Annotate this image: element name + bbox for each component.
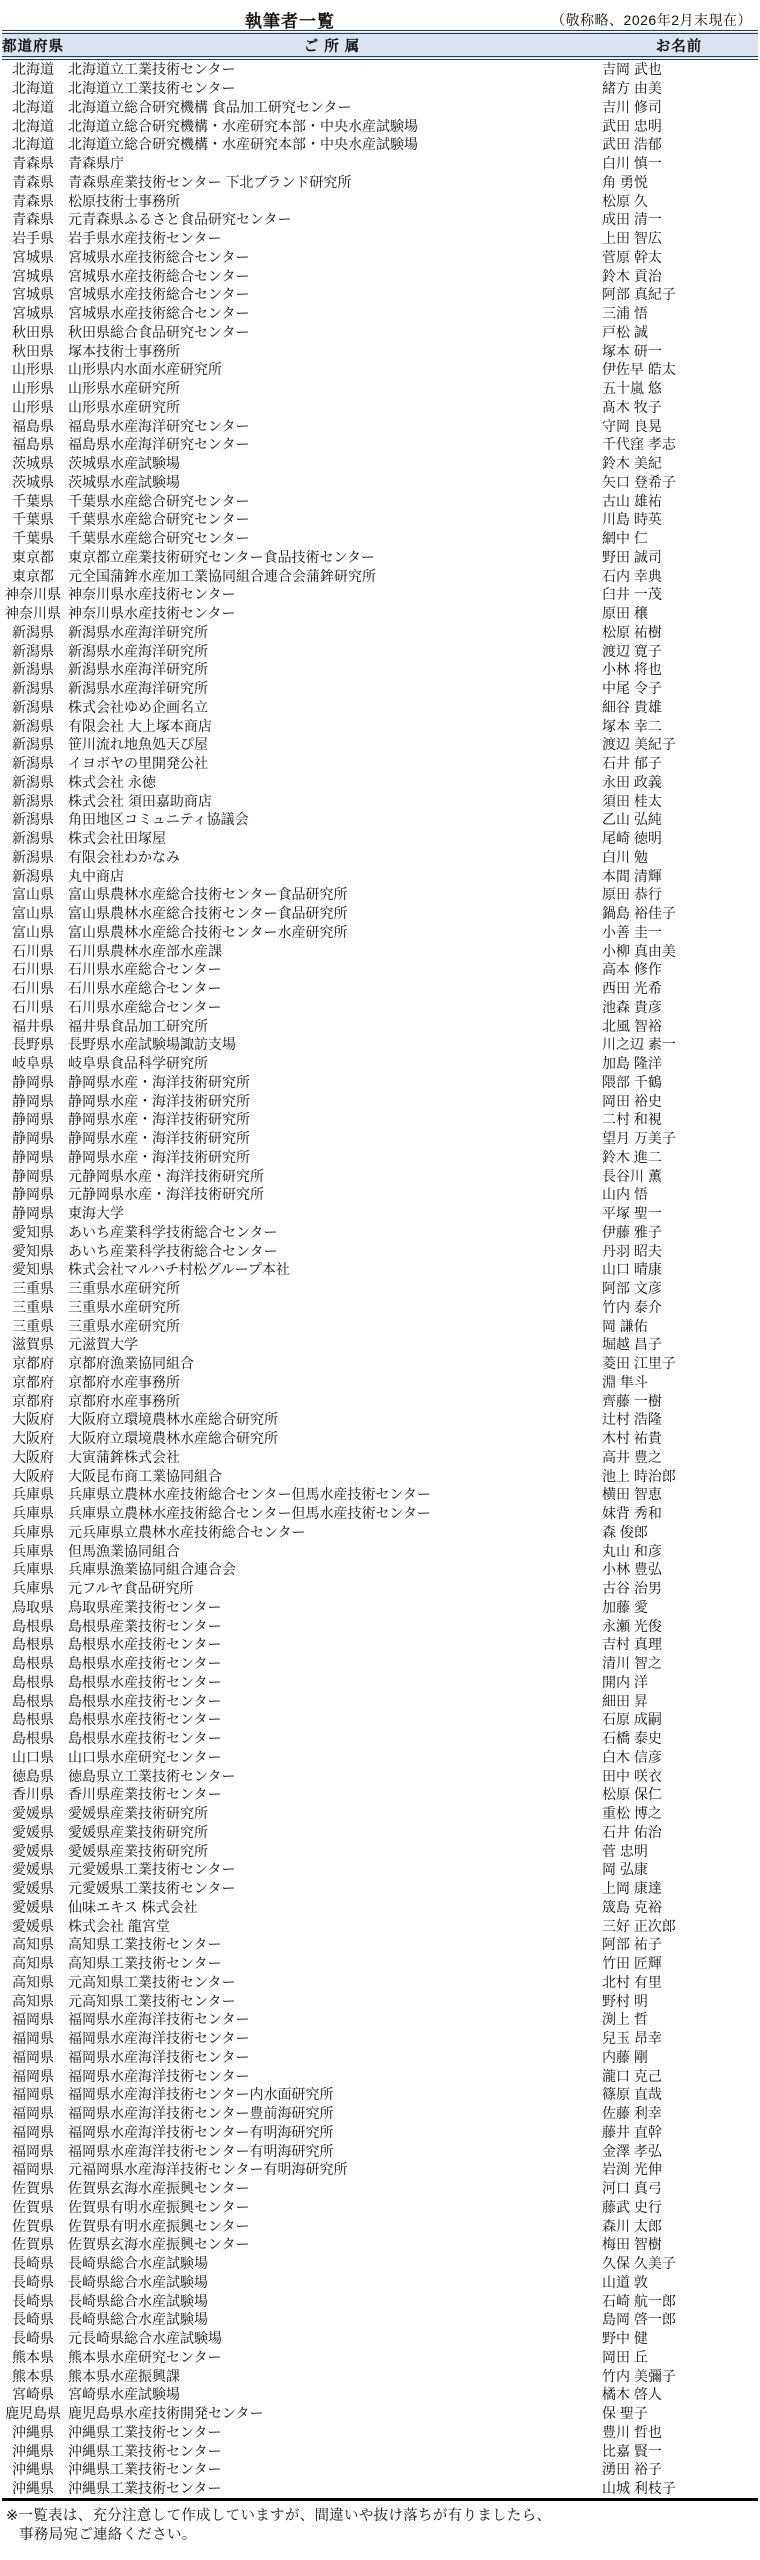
- row-prefecture: 静岡県: [2, 1166, 64, 1185]
- row-affiliation: 長野県水産試験場諏訪支場: [64, 1035, 600, 1054]
- row-affiliation: 高知県工業技術センター: [64, 1935, 600, 1954]
- row-prefecture: 愛知県: [2, 1260, 64, 1279]
- row-prefecture: 宮城県: [2, 248, 64, 267]
- row-affiliation: 元愛媛県工業技術センター: [64, 1860, 600, 1879]
- row-affiliation: 沖縄県工業技術センター: [64, 2479, 600, 2499]
- row-affiliation: 元静岡県水産・海洋技術研究所: [64, 1166, 600, 1185]
- row-affiliation: 佐賀県有明水産振興センター: [64, 2216, 600, 2235]
- table-row: 静岡県静岡県水産・海洋技術研究所二村 和視: [2, 1110, 758, 1129]
- table-row: 山形県山形県水産研究所五十嵐 悠: [2, 379, 758, 398]
- row-affiliation: 鳥取県産業技術センター: [64, 1598, 600, 1617]
- row-affiliation: 福岡県水産海洋技術センター: [64, 2010, 600, 2029]
- row-affiliation: 静岡県水産・海洋技術研究所: [64, 1091, 600, 1110]
- table-row: 山口県山口県水産研究センター白木 信彦: [2, 1748, 758, 1767]
- row-prefecture: 福島県: [2, 435, 64, 454]
- table-row: 北海道北海道立工業技術センター吉岡 武也: [2, 58, 758, 79]
- row-prefecture: 静岡県: [2, 1110, 64, 1129]
- row-prefecture: 島根県: [2, 1673, 64, 1692]
- table-row: 長野県長野県水産試験場諏訪支場川之辺 素一: [2, 1035, 758, 1054]
- row-prefecture: 島根県: [2, 1729, 64, 1748]
- row-prefecture: 石川県: [2, 960, 64, 979]
- row-affiliation: 大阪府立環境農林水産総合研究所: [64, 1429, 600, 1448]
- row-prefecture: 三重県: [2, 1279, 64, 1298]
- row-prefecture: 新潟県: [2, 698, 64, 717]
- table-row: 山形県山形県内水面水産研究所伊佐早 皓太: [2, 360, 758, 379]
- row-affiliation: 福岡県水産海洋技術センター: [64, 2029, 600, 2048]
- row-name: 堀越 昌子: [600, 1335, 758, 1354]
- row-name: 吉岡 武也: [600, 58, 758, 79]
- table-row: 兵庫県兵庫県立農林水産技術総合センター但馬水産技術センター妹背 秀和: [2, 1504, 758, 1523]
- row-prefecture: 熊本県: [2, 2348, 64, 2367]
- table-row: 三重県三重県水産研究所竹内 泰介: [2, 1298, 758, 1317]
- row-affiliation: 富山県農林水産総合技術センター食品研究所: [64, 885, 600, 904]
- table-row: 高知県元高知県工業技術センター野村 明: [2, 1991, 758, 2010]
- row-name: 本間 清輝: [600, 866, 758, 885]
- row-prefecture: 長崎県: [2, 2310, 64, 2329]
- table-row: 京都府京都府水産事務所淵 隼斗: [2, 1373, 758, 1392]
- row-name: 鈴木 進二: [600, 1148, 758, 1167]
- row-prefecture: 兵庫県: [2, 1579, 64, 1598]
- row-name: 石崎 航一郎: [600, 2291, 758, 2310]
- table-row: 愛媛県愛媛県産業技術研究所重松 博之: [2, 1804, 758, 1823]
- row-prefecture: 宮崎県: [2, 2385, 64, 2404]
- table-row: 千葉県千葉県水産総合研究センター川島 時英: [2, 510, 758, 529]
- table-row: 高知県高知県工業技術センター竹田 匠輝: [2, 1954, 758, 1973]
- row-affiliation: 兵庫県立農林水産技術総合センター但馬水産技術センター: [64, 1504, 600, 1523]
- row-prefecture: 三重県: [2, 1298, 64, 1317]
- footnote-line-1: ※一覧表は、充分注意して作成していますが、間違いや抜け落ちが有りましたら、: [6, 2507, 760, 2527]
- row-prefecture: 静岡県: [2, 1185, 64, 1204]
- row-affiliation: 宮城県水産技術総合センター: [64, 248, 600, 267]
- row-affiliation: 但馬漁業協同組合: [64, 1541, 600, 1560]
- row-affiliation: 佐賀県玄海水産振興センター: [64, 2235, 600, 2254]
- row-name: 鈴木 貢治: [600, 266, 758, 285]
- row-name: 武田 忠明: [600, 116, 758, 135]
- table-row: 長崎県長崎県総合水産試験場山道 敦: [2, 2273, 758, 2292]
- row-prefecture: 山口県: [2, 1748, 64, 1767]
- row-prefecture: 新潟県: [2, 791, 64, 810]
- row-name: 網中 仁: [600, 529, 758, 548]
- row-prefecture: 島根県: [2, 1635, 64, 1654]
- table-row: 福岡県福岡県水産海洋技術センター瀧口 克己: [2, 2066, 758, 2085]
- row-affiliation: 宮崎県水産試験場: [64, 2385, 600, 2404]
- row-name: 菱田 江里子: [600, 1354, 758, 1373]
- row-prefecture: 長崎県: [2, 2254, 64, 2273]
- row-affiliation: 島根県水産技術センター: [64, 1673, 600, 1692]
- row-affiliation: 三重県水産研究所: [64, 1316, 600, 1335]
- row-affiliation: 長崎県総合水産試験場: [64, 2310, 600, 2329]
- row-prefecture: 青森県: [2, 210, 64, 229]
- row-name: 湧田 裕子: [600, 2460, 758, 2479]
- table-row: 福岡県福岡県水産海洋技術センター内水面研究所篠原 直哉: [2, 2085, 758, 2104]
- row-name: 戸松 誠: [600, 323, 758, 342]
- table-row: 新潟県株式会社ゆめ企画名立細谷 貴雄: [2, 698, 758, 717]
- row-name: 五十嵐 悠: [600, 379, 758, 398]
- table-row: 石川県石川県水産総合センター西田 光希: [2, 979, 758, 998]
- table-row: 新潟県有限会社 大上塚本商店塚本 幸二: [2, 716, 758, 735]
- row-prefecture: 兵庫県: [2, 1523, 64, 1542]
- row-name: 菅 忠明: [600, 1841, 758, 1860]
- row-affiliation: 島根県水産技術センター: [64, 1654, 600, 1673]
- row-affiliation: 静岡県水産・海洋技術研究所: [64, 1073, 600, 1092]
- row-prefecture: 大阪府: [2, 1410, 64, 1429]
- table-row: 熊本県熊本県水産振興課竹内 美彌子: [2, 2366, 758, 2385]
- row-name: 白川 慎一: [600, 154, 758, 173]
- row-prefecture: 石川県: [2, 941, 64, 960]
- table-row: 福岡県福岡県水産海洋技術センター有明海研究所藤井 直幹: [2, 2123, 758, 2142]
- row-name: 小林 将也: [600, 660, 758, 679]
- row-prefecture: 島根県: [2, 1654, 64, 1673]
- row-affiliation: 新潟県水産海洋研究所: [64, 679, 600, 698]
- table-row: 福岡県福岡県水産海洋技術センター内藤 剛: [2, 2048, 758, 2067]
- table-header: 都道府県 ご 所 属 お名前: [2, 32, 758, 58]
- row-prefecture: 香川県: [2, 1785, 64, 1804]
- row-prefecture: 青森県: [2, 173, 64, 192]
- row-name: 竹田 匠輝: [600, 1954, 758, 1973]
- table-row: 新潟県新潟県水産海洋研究所小林 将也: [2, 660, 758, 679]
- row-name: 妹背 秀和: [600, 1504, 758, 1523]
- row-affiliation: 元兵庫県立農林水産技術総合センター: [64, 1523, 600, 1542]
- row-affiliation: 長崎県総合水産試験場: [64, 2291, 600, 2310]
- row-prefecture: 富山県: [2, 904, 64, 923]
- row-prefecture: 千葉県: [2, 529, 64, 548]
- row-prefecture: 沖縄県: [2, 2441, 64, 2460]
- row-affiliation: 有限会社わかなみ: [64, 848, 600, 867]
- table-row: 静岡県静岡県水産・海洋技術研究所望月 万美子: [2, 1129, 758, 1148]
- row-prefecture: 長崎県: [2, 2291, 64, 2310]
- table-row: 島根県島根県産業技術センター永瀬 光俊: [2, 1616, 758, 1635]
- row-affiliation: 千葉県水産総合研究センター: [64, 491, 600, 510]
- table-row: 茨城県茨城県水産試験場矢口 登希子: [2, 473, 758, 492]
- row-affiliation: 東海大学: [64, 1204, 600, 1223]
- row-name: 千代窪 孝志: [600, 435, 758, 454]
- table-row: 兵庫県元兵庫県立農林水産技術総合センター森 俊郎: [2, 1523, 758, 1542]
- row-prefecture: 静岡県: [2, 1148, 64, 1167]
- table-row: 青森県青森県産業技術センター 下北ブランド研究所角 勇悦: [2, 173, 758, 192]
- row-prefecture: 石川県: [2, 979, 64, 998]
- row-affiliation: 青森県産業技術センター 下北ブランド研究所: [64, 173, 600, 192]
- row-affiliation: 笹川流れ地魚処天ぴ屋: [64, 735, 600, 754]
- row-name: 成田 清一: [600, 210, 758, 229]
- row-name: 角 勇悦: [600, 173, 758, 192]
- table-row: 北海道北海道立総合研究機構・水産研究本部・中央水産試験場武田 浩郁: [2, 135, 758, 154]
- row-affiliation: 京都府漁業協同組合: [64, 1354, 600, 1373]
- table-row: 石川県石川県農林水産部水産課小柳 真由美: [2, 941, 758, 960]
- row-prefecture: 富山県: [2, 923, 64, 942]
- row-prefecture: 滋賀県: [2, 1335, 64, 1354]
- row-prefecture: 北海道: [2, 135, 64, 154]
- table-row: 青森県青森県庁白川 慎一: [2, 154, 758, 173]
- row-prefecture: 兵庫県: [2, 1560, 64, 1579]
- table-row: 山形県山形県水産研究所髙木 牧子: [2, 398, 758, 417]
- row-name: 西田 光希: [600, 979, 758, 998]
- row-prefecture: 愛媛県: [2, 1841, 64, 1860]
- row-affiliation: 茨城県水産試験場: [64, 454, 600, 473]
- row-prefecture: 青森県: [2, 191, 64, 210]
- row-name: 松原 祐樹: [600, 623, 758, 642]
- row-name: 伊佐早 皓太: [600, 360, 758, 379]
- row-prefecture: 佐賀県: [2, 2235, 64, 2254]
- row-prefecture: 新潟県: [2, 754, 64, 773]
- row-name: 川島 時英: [600, 510, 758, 529]
- row-affiliation: 山形県水産研究所: [64, 379, 600, 398]
- row-affiliation: 北海道立工業技術センター: [64, 58, 600, 79]
- table-row: 愛媛県元愛媛県工業技術センター上岡 康達: [2, 1879, 758, 1898]
- row-prefecture: 高知県: [2, 1973, 64, 1992]
- table-row: 神奈川県神奈川県水産技術センター臼井 一茂: [2, 585, 758, 604]
- row-name: 中尾 令子: [600, 679, 758, 698]
- table-row: 福岡県福岡県水産海洋技術センター有明海研究所金澤 孝弘: [2, 2141, 758, 2160]
- row-name: 岡田 裕史: [600, 1091, 758, 1110]
- table-row: 北海道北海道立総合研究機構 食品加工研究センター吉川 修司: [2, 98, 758, 117]
- row-name: 野村 明: [600, 1991, 758, 2010]
- row-prefecture: 高知県: [2, 1954, 64, 1973]
- row-name: 梅田 智樹: [600, 2235, 758, 2254]
- table-row: 大阪府大寅蒲鉾株式会社高井 豊之: [2, 1448, 758, 1467]
- row-name: 開内 洋: [600, 1673, 758, 1692]
- row-name: 山内 悟: [600, 1185, 758, 1204]
- row-prefecture: 北海道: [2, 79, 64, 98]
- table-row: 徳島県徳島県立工業技術センター田中 咲衣: [2, 1766, 758, 1785]
- row-name: 重松 博之: [600, 1804, 758, 1823]
- row-affiliation: 富山県農林水産総合技術センター食品研究所: [64, 904, 600, 923]
- row-affiliation: 沖縄県工業技術センター: [64, 2423, 600, 2442]
- table-row: 新潟県笹川流れ地魚処天ぴ屋渡辺 美紀子: [2, 735, 758, 754]
- col-header-prefecture: 都道府県: [2, 32, 64, 58]
- row-name: 丸山 和彦: [600, 1541, 758, 1560]
- row-name: 山口 晴康: [600, 1260, 758, 1279]
- table-row: 愛知県あいち産業科学技術総合センター伊藤 雅子: [2, 1223, 758, 1242]
- col-header-affiliation: ご 所 属: [64, 32, 600, 58]
- row-name: 阿部 文彦: [600, 1279, 758, 1298]
- row-name: 筬島 克裕: [600, 1898, 758, 1917]
- table-row: 高知県元高知県工業技術センター北村 有里: [2, 1973, 758, 1992]
- table-row: 愛媛県株式会社 龍宮堂三好 正次郎: [2, 1916, 758, 1935]
- table-row: 富山県富山県農林水産総合技術センター水産研究所小善 圭一: [2, 923, 758, 942]
- row-affiliation: 神奈川県水産技術センター: [64, 585, 600, 604]
- row-name: 久保 久美子: [600, 2254, 758, 2273]
- row-name: 武田 浩郁: [600, 135, 758, 154]
- row-affiliation: 福岡県水産海洋技術センター有明海研究所: [64, 2141, 600, 2160]
- row-name: 加島 隆洋: [600, 1054, 758, 1073]
- table-row: 三重県三重県水産研究所岡 謙佑: [2, 1316, 758, 1335]
- row-prefecture: 島根県: [2, 1691, 64, 1710]
- row-affiliation: 山口県水産研究センター: [64, 1748, 600, 1767]
- row-name: 白川 勉: [600, 848, 758, 867]
- row-name: 森川 太郎: [600, 2216, 758, 2235]
- row-affiliation: 熊本県水産振興課: [64, 2366, 600, 2385]
- row-prefecture: 愛媛県: [2, 1898, 64, 1917]
- row-name: 阿部 祐子: [600, 1935, 758, 1954]
- page-note: （敬称略、2026年2月末現在）: [551, 10, 752, 30]
- row-affiliation: 愛媛県産業技術研究所: [64, 1804, 600, 1823]
- row-name: 岡 弘康: [600, 1860, 758, 1879]
- row-name: 伊藤 雅子: [600, 1223, 758, 1242]
- row-affiliation: 沖縄県工業技術センター: [64, 2441, 600, 2460]
- table-row: 佐賀県佐賀県有明水産振興センター森川 太郎: [2, 2216, 758, 2235]
- table-row: 新潟県株式会社 須田嘉助商店須田 桂太: [2, 791, 758, 810]
- table-row: 鳥取県鳥取県産業技術センター加藤 愛: [2, 1598, 758, 1617]
- row-affiliation: 元高知県工業技術センター: [64, 1973, 600, 1992]
- row-prefecture: 秋田県: [2, 341, 64, 360]
- row-name: 髙木 牧子: [600, 398, 758, 417]
- row-name: 岡田 丘: [600, 2348, 758, 2367]
- row-affiliation: 丸中商店: [64, 866, 600, 885]
- row-name: 清川 智之: [600, 1654, 758, 1673]
- row-affiliation: 石川県水産総合センター: [64, 998, 600, 1017]
- row-affiliation: 有限会社 大上塚本商店: [64, 716, 600, 735]
- table-row: 長崎県長崎県総合水産試験場石崎 航一郎: [2, 2291, 758, 2310]
- row-name: 永田 政義: [600, 773, 758, 792]
- row-affiliation: 愛媛県産業技術研究所: [64, 1841, 600, 1860]
- row-prefecture: 長野県: [2, 1035, 64, 1054]
- row-prefecture: 京都府: [2, 1373, 64, 1392]
- row-name: 横田 智恵: [600, 1485, 758, 1504]
- row-affiliation: 佐賀県有明水産振興センター: [64, 2198, 600, 2217]
- row-prefecture: 大阪府: [2, 1466, 64, 1485]
- header-row: 都道府県 ご 所 属 お名前: [2, 32, 758, 58]
- row-affiliation: 株式会社ゆめ企画名立: [64, 698, 600, 717]
- row-prefecture: 高知県: [2, 1991, 64, 2010]
- row-affiliation: 岩手県水産技術センター: [64, 229, 600, 248]
- table-row: 東京都東京都立産業技術研究センター食品技術センター野田 誠司: [2, 548, 758, 567]
- row-prefecture: 高知県: [2, 1935, 64, 1954]
- document-page: 執筆者一覧 （敬称略、2026年2月末現在） 都道府県 ご 所 属 お名前 北海…: [0, 0, 760, 2560]
- row-affiliation: 秋田県総合食品研究センター: [64, 323, 600, 342]
- row-name: 橘木 啓人: [600, 2385, 758, 2404]
- table-row: 岩手県岩手県水産技術センター上田 智広: [2, 229, 758, 248]
- row-name: 隈部 千鶴: [600, 1073, 758, 1092]
- row-affiliation: 岐阜県食品科学研究所: [64, 1054, 600, 1073]
- row-affiliation: 仙味エキス 株式会社: [64, 1898, 600, 1917]
- row-name: 島岡 啓一郎: [600, 2310, 758, 2329]
- row-affiliation: 島根県水産技術センター: [64, 1729, 600, 1748]
- table-row: 愛媛県仙味エキス 株式会社筬島 克裕: [2, 1898, 758, 1917]
- row-name: 石井 佑治: [600, 1823, 758, 1842]
- row-name: 緒方 由美: [600, 79, 758, 98]
- row-name: 平塚 聖一: [600, 1204, 758, 1223]
- row-prefecture: 島根県: [2, 1710, 64, 1729]
- row-prefecture: 千葉県: [2, 491, 64, 510]
- col-header-name: お名前: [600, 32, 758, 58]
- table-row: 石川県石川県水産総合センター池森 貴彦: [2, 998, 758, 1017]
- row-name: 守岡 良晃: [600, 416, 758, 435]
- row-prefecture: 沖縄県: [2, 2479, 64, 2499]
- table-row: 島根県島根県水産技術センター清川 智之: [2, 1654, 758, 1673]
- table-row: 千葉県千葉県水産総合研究センター網中 仁: [2, 529, 758, 548]
- row-affiliation: 徳島県立工業技術センター: [64, 1766, 600, 1785]
- row-prefecture: 熊本県: [2, 2366, 64, 2385]
- row-affiliation: 新潟県水産海洋研究所: [64, 623, 600, 642]
- table-row: 北海道北海道立総合研究機構・水産研究本部・中央水産試験場武田 忠明: [2, 116, 758, 135]
- row-prefecture: 京都府: [2, 1354, 64, 1373]
- table-row: 長崎県元長崎県総合水産試験場野中 健: [2, 2329, 758, 2348]
- table-row: 大阪府大阪府立環境農林水産総合研究所辻村 浩隆: [2, 1410, 758, 1429]
- row-prefecture: 東京都: [2, 566, 64, 585]
- row-affiliation: 福島県水産海洋研究センター: [64, 435, 600, 454]
- row-prefecture: 愛知県: [2, 1223, 64, 1242]
- row-name: 齊藤 一樹: [600, 1391, 758, 1410]
- row-name: 石原 成嗣: [600, 1710, 758, 1729]
- row-prefecture: 三重県: [2, 1316, 64, 1335]
- row-affiliation: 元静岡県水産・海洋技術研究所: [64, 1185, 600, 1204]
- row-name: 藤武 史行: [600, 2198, 758, 2217]
- table-row: 福島県福島県水産海洋研究センター守岡 良晃: [2, 416, 758, 435]
- table-row: 宮城県宮城県水産技術総合センター阿部 真紀子: [2, 285, 758, 304]
- table-row: 京都府京都府漁業協同組合菱田 江里子: [2, 1354, 758, 1373]
- row-affiliation: 山形県内水面水産研究所: [64, 360, 600, 379]
- row-affiliation: 長崎県総合水産試験場: [64, 2254, 600, 2273]
- row-name: 竹内 泰介: [600, 1298, 758, 1317]
- row-affiliation: 宮城県水産技術総合センター: [64, 285, 600, 304]
- row-name: 菅原 幹太: [600, 248, 758, 267]
- table-row: 静岡県静岡県水産・海洋技術研究所岡田 裕史: [2, 1091, 758, 1110]
- row-prefecture: 北海道: [2, 98, 64, 117]
- row-prefecture: 東京都: [2, 548, 64, 567]
- row-name: 辻村 浩隆: [600, 1410, 758, 1429]
- table-row: 秋田県塚本技術士事務所塚本 研一: [2, 341, 758, 360]
- row-affiliation: 北海道立総合研究機構・水産研究本部・中央水産試験場: [64, 116, 600, 135]
- table-row: 沖縄県沖縄県工業技術センター山城 利枝子: [2, 2479, 758, 2499]
- row-affiliation: 東京都立産業技術研究センター食品技術センター: [64, 548, 600, 567]
- table-row: 兵庫県兵庫県立農林水産技術総合センター但馬水産技術センター横田 智恵: [2, 1485, 758, 1504]
- row-affiliation: 島根県水産技術センター: [64, 1635, 600, 1654]
- table-row: 神奈川県神奈川県水産技術センター原田 穣: [2, 604, 758, 623]
- row-prefecture: 鹿児島県: [2, 2404, 64, 2423]
- row-name: 長谷川 薫: [600, 1166, 758, 1185]
- table-row: 新潟県新潟県水産海洋研究所松原 祐樹: [2, 623, 758, 642]
- row-name: 白木 信彦: [600, 1748, 758, 1767]
- row-name: 野田 誠司: [600, 548, 758, 567]
- row-affiliation: 長崎県総合水産試験場: [64, 2273, 600, 2292]
- row-prefecture: 静岡県: [2, 1204, 64, 1223]
- row-prefecture: 長崎県: [2, 2329, 64, 2348]
- row-name: 田中 咲衣: [600, 1766, 758, 1785]
- row-name: 小林 豊弘: [600, 1560, 758, 1579]
- row-name: 川之辺 素一: [600, 1035, 758, 1054]
- row-affiliation: 佐賀県玄海水産振興センター: [64, 2179, 600, 2198]
- table-row: 島根県島根県水産技術センター石橋 泰史: [2, 1729, 758, 1748]
- row-prefecture: 兵庫県: [2, 1504, 64, 1523]
- row-affiliation: 元フルヤ食品研究所: [64, 1579, 600, 1598]
- title-bar: 執筆者一覧 （敬称略、2026年2月末現在）: [0, 0, 760, 30]
- table-row: 福島県福島県水産海洋研究センター千代窪 孝志: [2, 435, 758, 454]
- page-title: 執筆者一覧: [245, 7, 335, 32]
- row-affiliation: 角田地区コミュニティ協議会: [64, 810, 600, 829]
- table-row: 宮崎県宮崎県水産試験場橘木 啓人: [2, 2385, 758, 2404]
- row-affiliation: 福岡県水産海洋技術センター: [64, 2066, 600, 2085]
- row-affiliation: 宮城県水産技術総合センター: [64, 304, 600, 323]
- table-row: 新潟県新潟県水産海洋研究所中尾 令子: [2, 679, 758, 698]
- table-row: 茨城県茨城県水産試験場鈴木 美紀: [2, 454, 758, 473]
- row-affiliation: 元福岡県水産海洋技術センター有明海研究所: [64, 2160, 600, 2179]
- row-prefecture: 愛媛県: [2, 1860, 64, 1879]
- row-name: 石井 郁子: [600, 754, 758, 773]
- row-name: 池森 貴彦: [600, 998, 758, 1017]
- table-row: 青森県松原技術士事務所松原 久: [2, 191, 758, 210]
- row-name: 二村 和視: [600, 1110, 758, 1129]
- row-prefecture: 新潟県: [2, 679, 64, 698]
- table-row: 福岡県元福岡県水産海洋技術センター有明海研究所岩渕 光伸: [2, 2160, 758, 2179]
- row-prefecture: 愛媛県: [2, 1916, 64, 1935]
- table-row: 大阪府大阪昆布商工業協同組合池上 時治郎: [2, 1466, 758, 1485]
- row-prefecture: 兵庫県: [2, 1541, 64, 1560]
- row-name: 丹羽 昭夫: [600, 1241, 758, 1260]
- row-affiliation: 北海道立工業技術センター: [64, 79, 600, 98]
- row-affiliation: 新潟県水産海洋研究所: [64, 641, 600, 660]
- row-name: 加藤 愛: [600, 1598, 758, 1617]
- table-row: 滋賀県元滋賀大学堀越 昌子: [2, 1335, 758, 1354]
